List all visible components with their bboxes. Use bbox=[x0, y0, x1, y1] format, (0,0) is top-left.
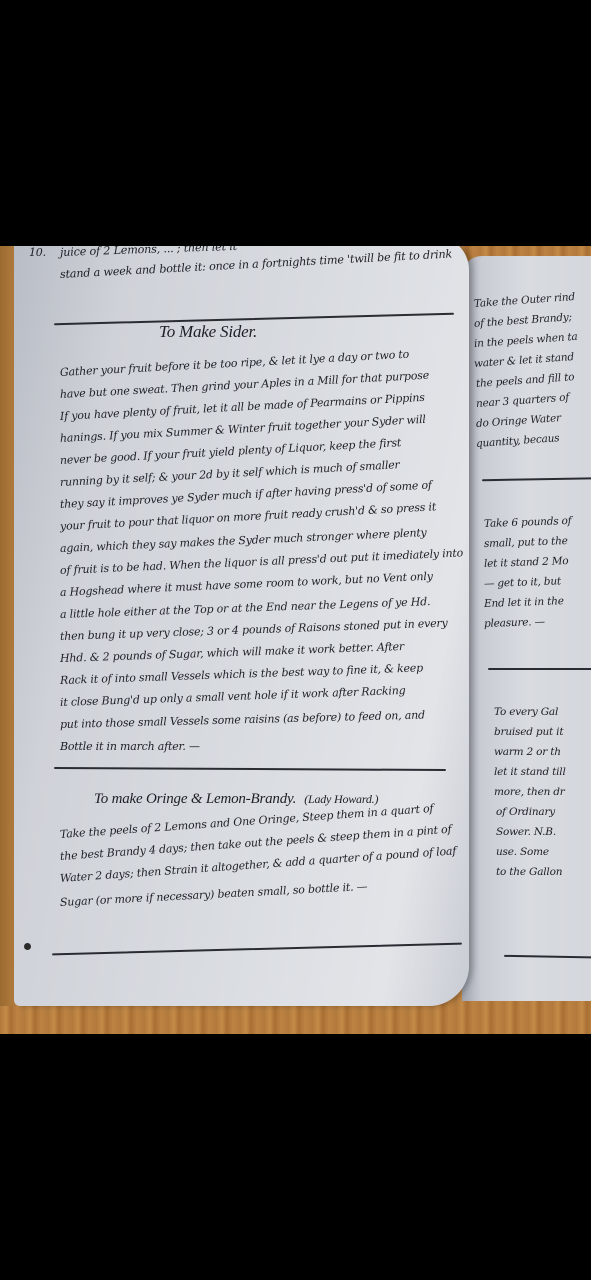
carryover-line: juice of 2 Lemons, ... ; then let it bbox=[60, 246, 237, 259]
right-page: Take the Outer rind of the best Brandy; … bbox=[462, 256, 591, 1001]
recipe-title-text: To make Oringe & Lemon-Brandy. bbox=[94, 791, 296, 807]
divider-rule bbox=[54, 767, 446, 771]
rp-b1-line: water & let it stand bbox=[474, 351, 575, 370]
recipe-line: then bung it up very close; 3 or 4 pound… bbox=[60, 616, 448, 643]
rp-b3-line: let it stand till bbox=[494, 766, 566, 778]
rp-b1-line: Take the Outer rind bbox=[474, 291, 576, 310]
rp-b2-line: let it stand 2 Mo bbox=[484, 555, 569, 570]
rp-b3-line: bruised put it bbox=[494, 726, 563, 738]
rp-b3-line: warm 2 or th bbox=[494, 746, 561, 758]
page-blemish bbox=[24, 943, 31, 950]
left-page: 10. juice of 2 Lemons, ... ; then let it… bbox=[14, 246, 469, 1006]
rp-b1-line: do Oringe Water bbox=[476, 412, 562, 430]
recipe-line: a little hole either at the Top or at th… bbox=[60, 595, 431, 621]
rp-b1-line: the peels and fill to bbox=[476, 371, 575, 390]
recipe-title-brandy: To make Oringe & Lemon-Brandy.(Lady Howa… bbox=[94, 791, 378, 808]
rp-b1-line: near 3 quarters of bbox=[476, 392, 570, 410]
recipe-line: Rack it of into small Vessels which is t… bbox=[60, 661, 423, 687]
divider-rule bbox=[482, 477, 591, 481]
manuscript-photo: Take the Outer rind of the best Brandy; … bbox=[0, 246, 591, 1034]
table-edge bbox=[0, 246, 14, 1006]
recipe-line: it close Bung'd up only a small vent hol… bbox=[60, 684, 406, 709]
rp-b2-line: Take 6 pounds of bbox=[484, 515, 572, 530]
rp-b3-line: Sower. N.B. bbox=[496, 826, 556, 838]
rp-b3-line: more, then dr bbox=[494, 786, 565, 798]
recipe-credit: (Lady Howard.) bbox=[304, 792, 378, 806]
rp-b3-line: To every Gal bbox=[494, 706, 558, 718]
rp-b2-line: pleasure. — bbox=[484, 616, 545, 630]
divider-rule bbox=[504, 955, 591, 959]
recipe-line: Hhd. & 2 pounds of Sugar, which will mak… bbox=[60, 640, 404, 665]
rp-b3-line: to the Gallon bbox=[496, 866, 562, 878]
divider-rule bbox=[52, 943, 462, 956]
rp-b3-line: of Ordinary bbox=[496, 806, 555, 818]
rp-b2-line: — get to it, but bbox=[484, 575, 561, 590]
rp-b2-line: small, put to the bbox=[484, 535, 568, 550]
rp-b1-line: of the best Brandy; bbox=[474, 311, 573, 330]
recipe-line: Sugar (or more if necessary) beaten smal… bbox=[60, 880, 368, 909]
page-number: 10. bbox=[29, 246, 46, 259]
divider-rule bbox=[488, 668, 591, 670]
rp-b3-line: use. Some bbox=[496, 846, 549, 858]
rp-b1-line: quantity, becaus bbox=[476, 432, 560, 450]
recipe-title-sider: To Make Sider. bbox=[159, 322, 257, 342]
recipe-line: put into those small Vessels some raisin… bbox=[60, 708, 425, 731]
rp-b2-line: End let it in the bbox=[484, 595, 564, 610]
rp-b1-line: in the peels when ta bbox=[474, 331, 578, 350]
recipe-line: Bottle it in march after. — bbox=[60, 740, 200, 753]
